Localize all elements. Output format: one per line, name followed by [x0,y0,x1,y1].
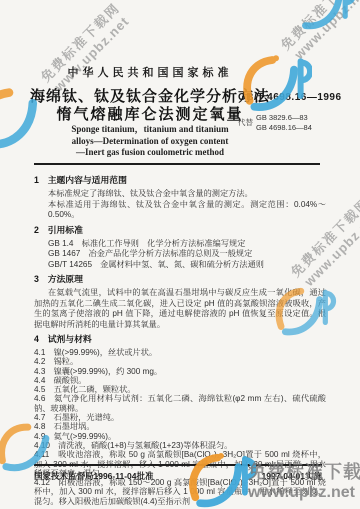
header-divider [34,163,320,165]
reference-standard-2: GB 1467 冶金产品化学分析方法标准的总则及一般规定 [34,249,326,260]
standard-number: GB/T 4698.16—1996 [238,92,342,103]
footer: 国家技术监督局1996-11-04批准 1997-04-01实施 [34,470,322,482]
reagent-item: 4.6 氦气净化用材料与试剂：五氧化二磷、海绵钛粒(φ2 mm 左右)、硫代硫酸… [34,394,326,413]
section-1-scope: 1 主题内容与适用范围 本标准规定了海绵钛、钛及钛合金中氧含量的测定方法。 本标… [34,175,326,221]
replaced-standard-2: GB 4698.16—84 [256,123,312,133]
reagent-item: 4.9 氦气(>99.99%)。 [34,432,326,441]
reagent-item: 4.2 锡粒。 [34,357,326,366]
reagent-item: 4.12 阳极池溶液，称取 150～200 g 高氯酸钡[Ba(ClO₄)₂·3… [34,478,326,506]
document-title-en-line2: alloys—Determination of oxygen content [0,136,300,148]
section-1-paragraph-1: 本标准规定了海绵钛、钛及钛合金中氧含量的测定方法。 [34,189,326,200]
section-4-heading: 4 试剂与材料 [34,334,326,345]
reagent-item: 4.8 石墨坩埚。 [34,422,326,431]
reference-standard-3: GB/T 14265 金属材料中氢、氧、氮、碳和硫分析方法通则 [34,260,326,271]
section-3-heading: 3 方法原理 [34,274,326,285]
section-3-paragraph: 在氦载气流里，试料中的氧在高温石墨坩埚中与碳反应生成一氧化碳，通过加热的五氧化二… [34,288,326,330]
watermark-site-name: 免费标准下载网 [276,0,360,54]
section-2-references: 2 引用标准 GB 1.4 标准化工作导则 化学分析方法标准编写规定 GB 14… [34,225,326,271]
standard-document-page: 中华人民共和国国家标准 海绵钛、钛及钛合金化学分析方法 惰气熔融库仑法测定氧量 … [0,0,360,509]
document-title-en-line3: —Inert gas fusion coulometric method [0,147,300,159]
reagent-item: 4.7 石墨粉，光谱纯。 [34,413,326,422]
document-body: 1 主题内容与适用范围 本标准规定了海绵钛、钛及钛合金中氧含量的测定方法。 本标… [34,175,326,509]
reference-standard-1: GB 1.4 标准化工作导则 化学分析方法标准编写规定 [34,239,326,250]
footer-divider [34,464,322,466]
reagent-item: 4.3 镍囊(>99.99%)，约 300 mg。 [34,367,326,376]
reagent-item: 4.1 镍(>99.99%)，丝状或片状。 [34,348,326,357]
reagent-item: 4.10 清洗液，硝酸(1+8)与氢氟酸(1+23)等体积混匀。 [34,441,326,450]
replaced-standard-1: GB 3829.6—83 [256,113,312,123]
approval-info: 国家技术监督局1996-11-04批准 [34,470,154,482]
section-2-heading: 2 引用标准 [34,225,326,236]
replaced-standards: GB 3829.6—83 GB 4698.16—84 [256,113,312,132]
effective-date: 1997-04-01实施 [262,470,322,482]
national-standard-label: 中华人民共和国国家标准 [0,64,300,80]
watermark-site-url: www.upbz.net [51,13,132,94]
replaces-block: 代替 GB 3829.6—83 GB 4698.16—84 [238,113,312,132]
watermark-site-url: www.upbz.net [291,0,360,62]
section-1-heading: 1 主题内容与适用范围 [34,175,326,186]
replaces-label: 代替 [238,117,253,128]
reagent-item: 4.4 碳酸钡。 [34,376,326,385]
section-3-principle: 3 方法原理 在氦载气流里，试料中的氧在高温石墨坩埚中与碳反应生成一氧化碳，通过… [34,274,326,330]
upbz-logo-icon [293,0,355,32]
section-1-paragraph-2: 本标准适用于海绵钛、钛及钛合金中氧含量的测定。测定范围：0.04%～0.50%。 [34,200,326,221]
